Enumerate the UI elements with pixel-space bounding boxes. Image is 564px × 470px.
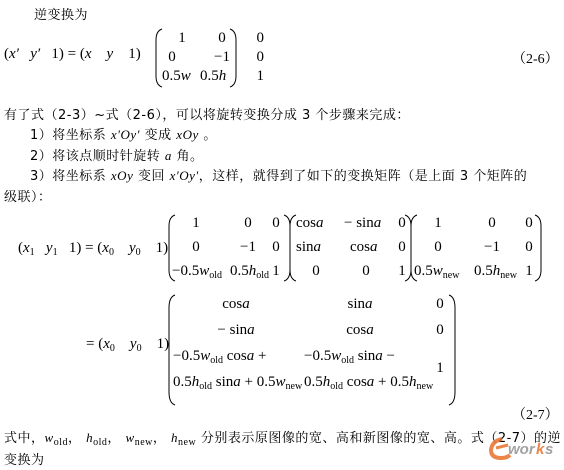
- matrix-cell: 0.5hold: [230, 263, 269, 281]
- matrix-cell: 0: [162, 49, 182, 66]
- eq27-lhs: (x1 y1 1) = (x0 y0 1): [18, 240, 168, 258]
- matrix-cell: 0.5w: [162, 68, 191, 85]
- footer-line-2: 变换为: [4, 449, 45, 468]
- svg-text:s: s: [545, 441, 553, 458]
- footer-line-1: 式中，wold， hold， wnew， hnew 分别表示原图像的宽、高和新图…: [4, 427, 561, 448]
- matrix-cell: 1: [218, 68, 264, 85]
- svg-text:wor: wor: [508, 441, 536, 458]
- eq26-lhs: (x′ y′ 1) = (x y 1): [4, 46, 141, 63]
- matrix-cell: 0.5hnew: [474, 263, 517, 281]
- right-paren-icon: [228, 28, 238, 88]
- step-3-continued: 级联）：: [4, 186, 52, 205]
- matrix-cell: 0.5wnew: [414, 263, 459, 281]
- step-3: 3）将坐标系 xOy 变回 x′Oy′，这样，就得到了如下的变换矩阵（是上面 3…: [30, 165, 527, 184]
- matrix-cell: 0: [218, 30, 264, 47]
- intro-label: 逆变换为: [34, 4, 88, 23]
- step-1: 1）将坐标系 x′Oy′ 变成 xOy 。: [30, 124, 217, 143]
- right-paren-icon: [533, 214, 543, 282]
- equation-label-2-6: （2-6）: [512, 48, 559, 68]
- equation-label-2-7: （2-7）: [512, 404, 559, 424]
- matrix-cell: 1: [162, 30, 202, 47]
- matrix-cell: 0: [218, 49, 264, 66]
- eworks-logo: wor k s: [488, 433, 558, 461]
- step-2: 2）将该点顺时针旋转 a 角。: [30, 145, 204, 164]
- paragraph-line: 有了式（2-3）~式（2-6），可以将旋转变换分成 3 个步骤来完成：: [4, 104, 410, 123]
- right-paren-icon: [447, 294, 457, 406]
- svg-text:k: k: [536, 441, 545, 458]
- matrix-cell: −0.5wold: [172, 263, 222, 281]
- eq27-result-rhs: = (x0 y0 1): [86, 336, 169, 354]
